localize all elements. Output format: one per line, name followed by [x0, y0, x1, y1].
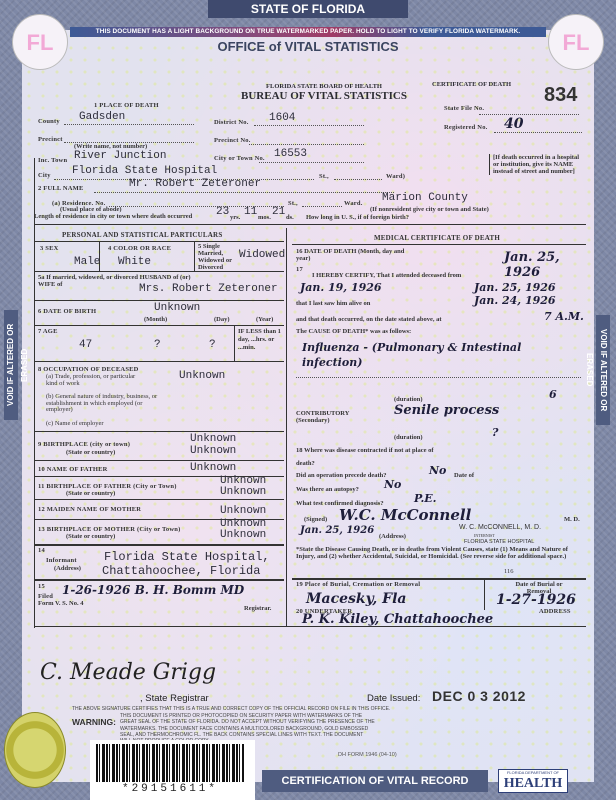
operation-label: Did an operation precede death? — [296, 472, 387, 479]
burial-place-value: Macesky, Fla — [306, 591, 406, 607]
nonresident-note: (If nonresident give city or town and St… — [370, 206, 489, 213]
dob-label: 6 DATE OF BIRTH — [38, 308, 96, 315]
filed-value: 1-26-1926 B. H. Bomm MD — [62, 583, 244, 597]
day-label: (Day) — [214, 316, 230, 323]
length-of-residence-label: Length of residence in city or town wher… — [34, 213, 192, 220]
mos-label: mos. — [258, 214, 271, 221]
last-seen-value: Jan. 24, 1926 — [474, 294, 556, 307]
filed-label: Filed — [38, 593, 53, 600]
father-birthplace-label: 11 BIRTHPLACE OF FATHER (City or Town) — [38, 483, 177, 490]
birthplace-state-label: (State or country) — [66, 449, 115, 456]
florida-health-logo: FLORIDA DEPARTMENT OF HEALTH — [498, 769, 568, 793]
inc-town-value: River Junction — [74, 150, 166, 162]
length-mos-value: 11 — [244, 206, 257, 218]
if-less-label: IF LESS than 1 day, ...hrs. or ...min. — [238, 328, 286, 352]
physician-signature: W.C. McConnell — [339, 506, 471, 524]
certificate-number: 834 — [544, 84, 577, 107]
form-number: Form V. S. No. 4 — [38, 600, 83, 607]
residence-value: Marion County — [382, 192, 468, 204]
occurred-label: and that death occurred, on the date sta… — [296, 316, 442, 323]
mother-birthplace-state-label: (State or country) — [66, 533, 115, 540]
dh-form-number: DH FORM 1946 (04-10) — [338, 752, 397, 758]
inc-town-label: Inc. Town — [38, 157, 67, 164]
cause-footnote: *State the Disease Causing Death, or in … — [296, 546, 581, 560]
birthplace-state-value: Unknown — [190, 445, 236, 457]
state-registrar-label: , State Registrar — [140, 693, 209, 704]
board-title: FLORIDA STATE BOARD OF HEALTH — [224, 83, 424, 90]
health-logo-text: HEALTH — [499, 776, 567, 792]
registered-label: Registered No. — [444, 124, 487, 131]
test-value: P.E. — [414, 492, 437, 505]
duration-label: (duration) — [394, 396, 423, 403]
precinct-label: Precinct — [38, 136, 63, 143]
birthplace-label: 9 BIRTHPLACE (city or town) — [38, 441, 130, 448]
filed-number: 15 — [38, 583, 45, 590]
death-certificate: FLORIDA STATE BOARD OF HEALTH BUREAU OF … — [34, 78, 586, 644]
age-mos-value: ? — [154, 339, 161, 351]
undertaker-value: P. K. Kiley, Chattahoochee — [302, 612, 493, 627]
operation-value: No — [429, 464, 446, 477]
us-residence-label: How long in U. S., if of foreign birth? — [306, 214, 409, 221]
warning-label: WARNING: — [72, 717, 116, 727]
great-seal-icon — [4, 712, 66, 788]
hospital-note: [If death occurred in a hospital or inst… — [489, 154, 581, 175]
physician-typed-name: W. C. McCONNELL, M. D. — [459, 524, 541, 531]
signed-address-label: (Address) — [379, 533, 406, 540]
state-registrar-signature: C. Meade Grigg — [40, 660, 216, 685]
father-name-label: 10 NAME OF FATHER — [38, 466, 108, 473]
death-date-value: Jan. 25, 1926 — [504, 250, 586, 280]
race-label: 4 COLOR OR RACE — [108, 245, 171, 252]
spouse-value: Mrs. Robert Zeteroner — [139, 283, 278, 295]
signed-label: (Signed) — [304, 516, 327, 523]
dob-value: Unknown — [154, 302, 200, 314]
father-birthplace-state-value: Unknown — [220, 486, 266, 498]
length-ds-value: 21 — [272, 206, 285, 218]
last-seen-label: that I last saw him alive on — [296, 300, 370, 307]
district-label: District No. — [214, 119, 249, 126]
mother-birthplace-label: 13 BIRTHPLACE OF MOTHER (City or Town) — [38, 526, 180, 533]
certification-of-vital-record-banner: CERTIFICATION OF VITAL RECORD — [262, 770, 488, 792]
county-label: County — [38, 118, 60, 125]
watermark-warning-strip: THIS DOCUMENT HAS A LIGHT BACKGROUND ON … — [70, 27, 546, 37]
attended-to-value: Jan. 25, 1926 — [474, 281, 556, 294]
duration2-label: (duration) — [394, 434, 423, 441]
precinct-hint: (Write name, not number) — [74, 143, 147, 150]
duration-ds-value: 6 — [549, 388, 557, 401]
birthplace-city-value: Unknown — [190, 433, 236, 445]
physician-title: INTERNIST — [474, 533, 495, 538]
barcode-icon — [96, 744, 244, 782]
contracted-label: 18 Where was disease contracted if not a… — [296, 444, 436, 470]
sex-label: 3 SEX — [40, 245, 59, 252]
burial-date-value: 1-27-1926 — [496, 592, 576, 608]
office-title: OFFICE of VITAL STATISTICS — [0, 39, 616, 54]
footnote-number: 116 — [504, 568, 514, 575]
age-yrs-value: 47 — [79, 339, 92, 351]
autopsy-label: Was there an autopsy? — [296, 486, 359, 493]
full-name-value: Mr. Robert Zeteroner — [129, 178, 261, 190]
marital-value: Widowed — [239, 249, 285, 261]
undertaker-address-label: ADDRESS — [539, 608, 571, 615]
residence-hint: (Usual place of abode) — [60, 206, 122, 213]
sex-value: Male — [74, 256, 100, 268]
medical-certificate-header: MEDICAL CERTIFICATE OF DEATH — [374, 234, 500, 242]
residence-st-label: St., — [288, 200, 298, 207]
attended-from-value: Jan. 19, 1926 — [300, 281, 382, 294]
registered-value: 40 — [504, 116, 523, 132]
death-date-label: 16 DATE OF DEATH (Month, day and year) — [296, 248, 406, 262]
informant-address-label: (Address) — [54, 565, 81, 572]
registrar-label: Registrar. — [244, 605, 271, 612]
certify-number: 17 — [296, 266, 303, 273]
state-file-label: State File No. — [444, 105, 484, 112]
county-value: Gadsden — [79, 111, 125, 123]
md-label: M. D. — [564, 516, 580, 523]
cause-value: Influenza - (Pulmonary & Intestinal infe… — [302, 340, 582, 370]
informant-address-value: Chattahoochee, Florida — [102, 564, 260, 578]
informant-value: Florida State Hospital, — [104, 550, 270, 564]
signed-address-value: FLORIDA STATE HOSPITAL — [464, 539, 534, 545]
certify-text: I HEREBY CERTIFY, That I attended deceas… — [312, 272, 461, 279]
race-value: White — [118, 256, 151, 268]
autopsy-value: No — [384, 478, 401, 491]
occupation-value: Unknown — [179, 370, 225, 382]
contributory-value: Senile process — [394, 403, 499, 418]
full-name-label: 2 FULL NAME — [38, 185, 84, 192]
father-birthplace-state-label: (State or country) — [66, 490, 115, 497]
mother-name-label: 12 MAIDEN NAME OF MOTHER — [38, 506, 141, 513]
barcode-number: *29151611* — [96, 783, 244, 795]
certification-statement: THE ABOVE SIGNATURE CERTIFIES THAT THIS … — [72, 706, 390, 712]
burial-place-label: 19 Place of Burial, Cremation or Removal — [296, 581, 420, 588]
occurred-time-value: 7 A.M. — [544, 310, 584, 323]
signed-date-value: Jan. 25, 1926 — [300, 525, 374, 536]
date-issued-value: DEC 0 3 2012 — [432, 688, 526, 704]
age-label: 7 AGE — [38, 328, 58, 335]
date-issued-label: Date Issued: — [367, 693, 420, 704]
father-name-value: Unknown — [190, 462, 236, 474]
precinct-no-label: Precinct No. — [214, 137, 251, 144]
mother-birthplace-state-value: Unknown — [220, 529, 266, 541]
cause-label: The CAUSE OF DEATH* was as follows: — [296, 328, 411, 335]
city-town-no-label: City or Town No. — [214, 155, 265, 162]
length-yrs-value: 23 — [216, 206, 229, 218]
district-value: 1604 — [269, 112, 295, 124]
yrs-label: yrs. — [230, 214, 240, 221]
place-of-death-label: 1 PLACE OF DEATH — [94, 102, 159, 109]
age-ds-value: ? — [209, 339, 216, 351]
informant-label: Informant — [46, 557, 77, 564]
void-notice-right: VOID IF ALTERED OR ERASED — [596, 315, 610, 425]
month-label: (Month) — [144, 316, 167, 323]
occupation-label: 8 OCCUPATION OF DECEASED — [38, 366, 139, 373]
city-town-no-value: 16553 — [274, 148, 307, 160]
personal-particulars-header: PERSONAL AND STATISTICAL PARTICULARS — [62, 231, 222, 239]
state-of-florida-banner: STATE OF FLORIDA — [208, 0, 408, 18]
ds-label: ds. — [286, 214, 294, 221]
duration2-yrs-value: ? — [492, 426, 498, 439]
city-label: City — [38, 172, 51, 179]
occupation-a-label: (a) Trade, profession, or particular kin… — [46, 374, 136, 387]
date-of-label: Date of — [454, 472, 474, 479]
ward-label: Ward) — [386, 173, 405, 180]
marital-label: 5 Single Married, Widowed or Divorced — [198, 243, 238, 271]
occupation-c-label: (c) Name of employer — [46, 420, 104, 427]
residence-ward-label: Ward. — [344, 200, 363, 207]
mother-name-value: Unknown — [220, 505, 266, 517]
st-label: St., — [319, 173, 329, 180]
city-value: Florida State Hospital — [72, 165, 217, 177]
informant-number: 14 — [38, 547, 45, 554]
void-notice-left: VOID IF ALTERED OR ERASED — [4, 310, 18, 420]
year-label: (Year) — [256, 316, 273, 323]
certificate-of-death-label: CERTIFICATE OF DEATH — [432, 81, 511, 88]
contributory-label: CONTRIBUTORY (Secondary) — [296, 410, 356, 424]
occupation-b-label: (b) General nature of industry, business… — [46, 394, 161, 414]
bureau-title: BUREAU OF VITAL STATISTICS — [209, 90, 439, 102]
